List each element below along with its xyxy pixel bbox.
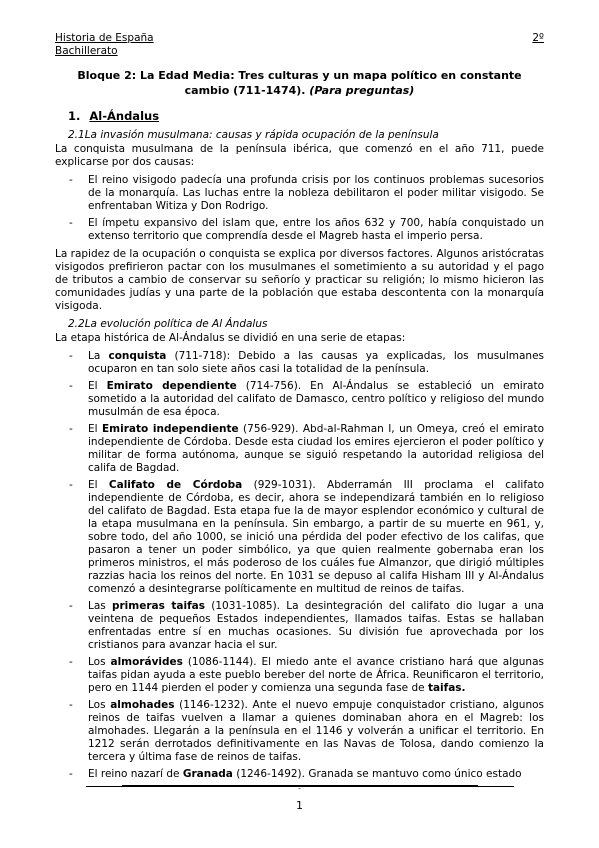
bullet-list-etapas: - La conquista (711-718): Debido a las c…	[55, 350, 544, 781]
page-number: 1	[0, 799, 599, 812]
bullet-marker: -	[55, 380, 88, 419]
bullet-marker: -	[55, 479, 88, 596]
bullet-marker: -	[55, 423, 88, 475]
header-right: 2º	[532, 32, 544, 45]
bullet-text-almoravides: Los almorávides (1086-1144). El miedo an…	[88, 656, 544, 695]
bullet-text-emirato-independiente: El Emirato independiente (756-929). Abd-…	[88, 423, 544, 475]
heading-text: Al-Ándalus	[89, 109, 159, 123]
bullet-text-emirato-dependiente: El Emirato dependiente (714-756). En Al-…	[88, 380, 544, 419]
paragraph-rapidez-ocupacion: La rapidez de la ocupación o conquista s…	[55, 248, 544, 313]
bullet-marker: -	[55, 600, 88, 652]
bullet-text-califato-cordoba: El Califato de Córdoba (929-1031). Abder…	[88, 479, 544, 596]
bullet-item: - Las primeras taifas (1031-1085). La de…	[55, 600, 544, 652]
bullet-text-impetu-islam: El ímpetu expansivo del islam que, entre…	[88, 217, 544, 243]
bullet-item: - La conquista (711-718): Debido a las c…	[55, 350, 544, 376]
bullet-item: - El Emirato independiente (756-929). Ab…	[55, 423, 544, 475]
bullet-marker: -	[55, 174, 88, 213]
bullet-item: - Los almorávides (1086-1144). El miedo …	[55, 656, 544, 695]
paragraph-etapas-intro: La etapa histórica de Al-Ándalus se divi…	[55, 332, 544, 345]
bullet-text-reino-granada: El reino nazarí de Granada (1246-1492). …	[88, 768, 544, 781]
bullet-marker: -	[55, 656, 88, 695]
bullet-text-conquista: La conquista (711-718): Debido a las cau…	[88, 350, 544, 376]
header-level: Bachillerato	[55, 45, 154, 58]
section-heading-2-2: 2.2La evolución política de Al Ándalus	[55, 318, 544, 331]
footer-separator-dash: -	[0, 787, 599, 792]
bullet-text-primeras-taifas: Las primeras taifas (1031-1085). La desi…	[88, 600, 544, 652]
bullet-item: - El Emirato dependiente (714-756). En A…	[55, 380, 544, 419]
bullet-text-crisis-visigoda: El reino visigodo padecía una profunda c…	[88, 174, 544, 213]
bullet-text-almohades: Los almohades (1146-1232). Ante el nuevo…	[88, 699, 544, 764]
paragraph-conquista-intro: La conquista musulmana de la península i…	[55, 143, 544, 169]
bullet-list-causas: - El reino visigodo padecía una profunda…	[55, 174, 544, 243]
document-page: Historia de España Bachillerato 2º Bloqu…	[0, 0, 599, 781]
bullet-item: - El Califato de Córdoba (929-1031). Abd…	[55, 479, 544, 596]
heading-al-andalus: 1.Al-Ándalus	[55, 109, 544, 124]
bullet-marker: -	[55, 217, 88, 243]
header-grade: 2º	[532, 32, 544, 44]
bullet-item: - Los almohades (1146-1232). Ante el nue…	[55, 699, 544, 764]
bullet-marker: -	[55, 768, 88, 781]
document-header: Historia de España Bachillerato 2º	[55, 32, 544, 58]
heading-number: 1.	[68, 109, 80, 123]
header-left: Historia de España Bachillerato	[55, 32, 154, 58]
bullet-item: - El reino nazarí de Granada (1246-1492)…	[55, 768, 544, 781]
section-heading-2-1: 2.1La invasión musulmana: causas y rápid…	[55, 129, 544, 142]
bullet-item: - El ímpetu expansivo del islam que, ent…	[55, 217, 544, 243]
bullet-marker: -	[55, 699, 88, 764]
document-title: Bloque 2: La Edad Media: Tres culturas y…	[55, 68, 544, 98]
header-course: Historia de España	[55, 32, 154, 45]
bullet-item: - El reino visigodo padecía una profunda…	[55, 174, 544, 213]
bullet-marker: -	[55, 350, 88, 376]
document-footer: - 1	[0, 786, 599, 812]
